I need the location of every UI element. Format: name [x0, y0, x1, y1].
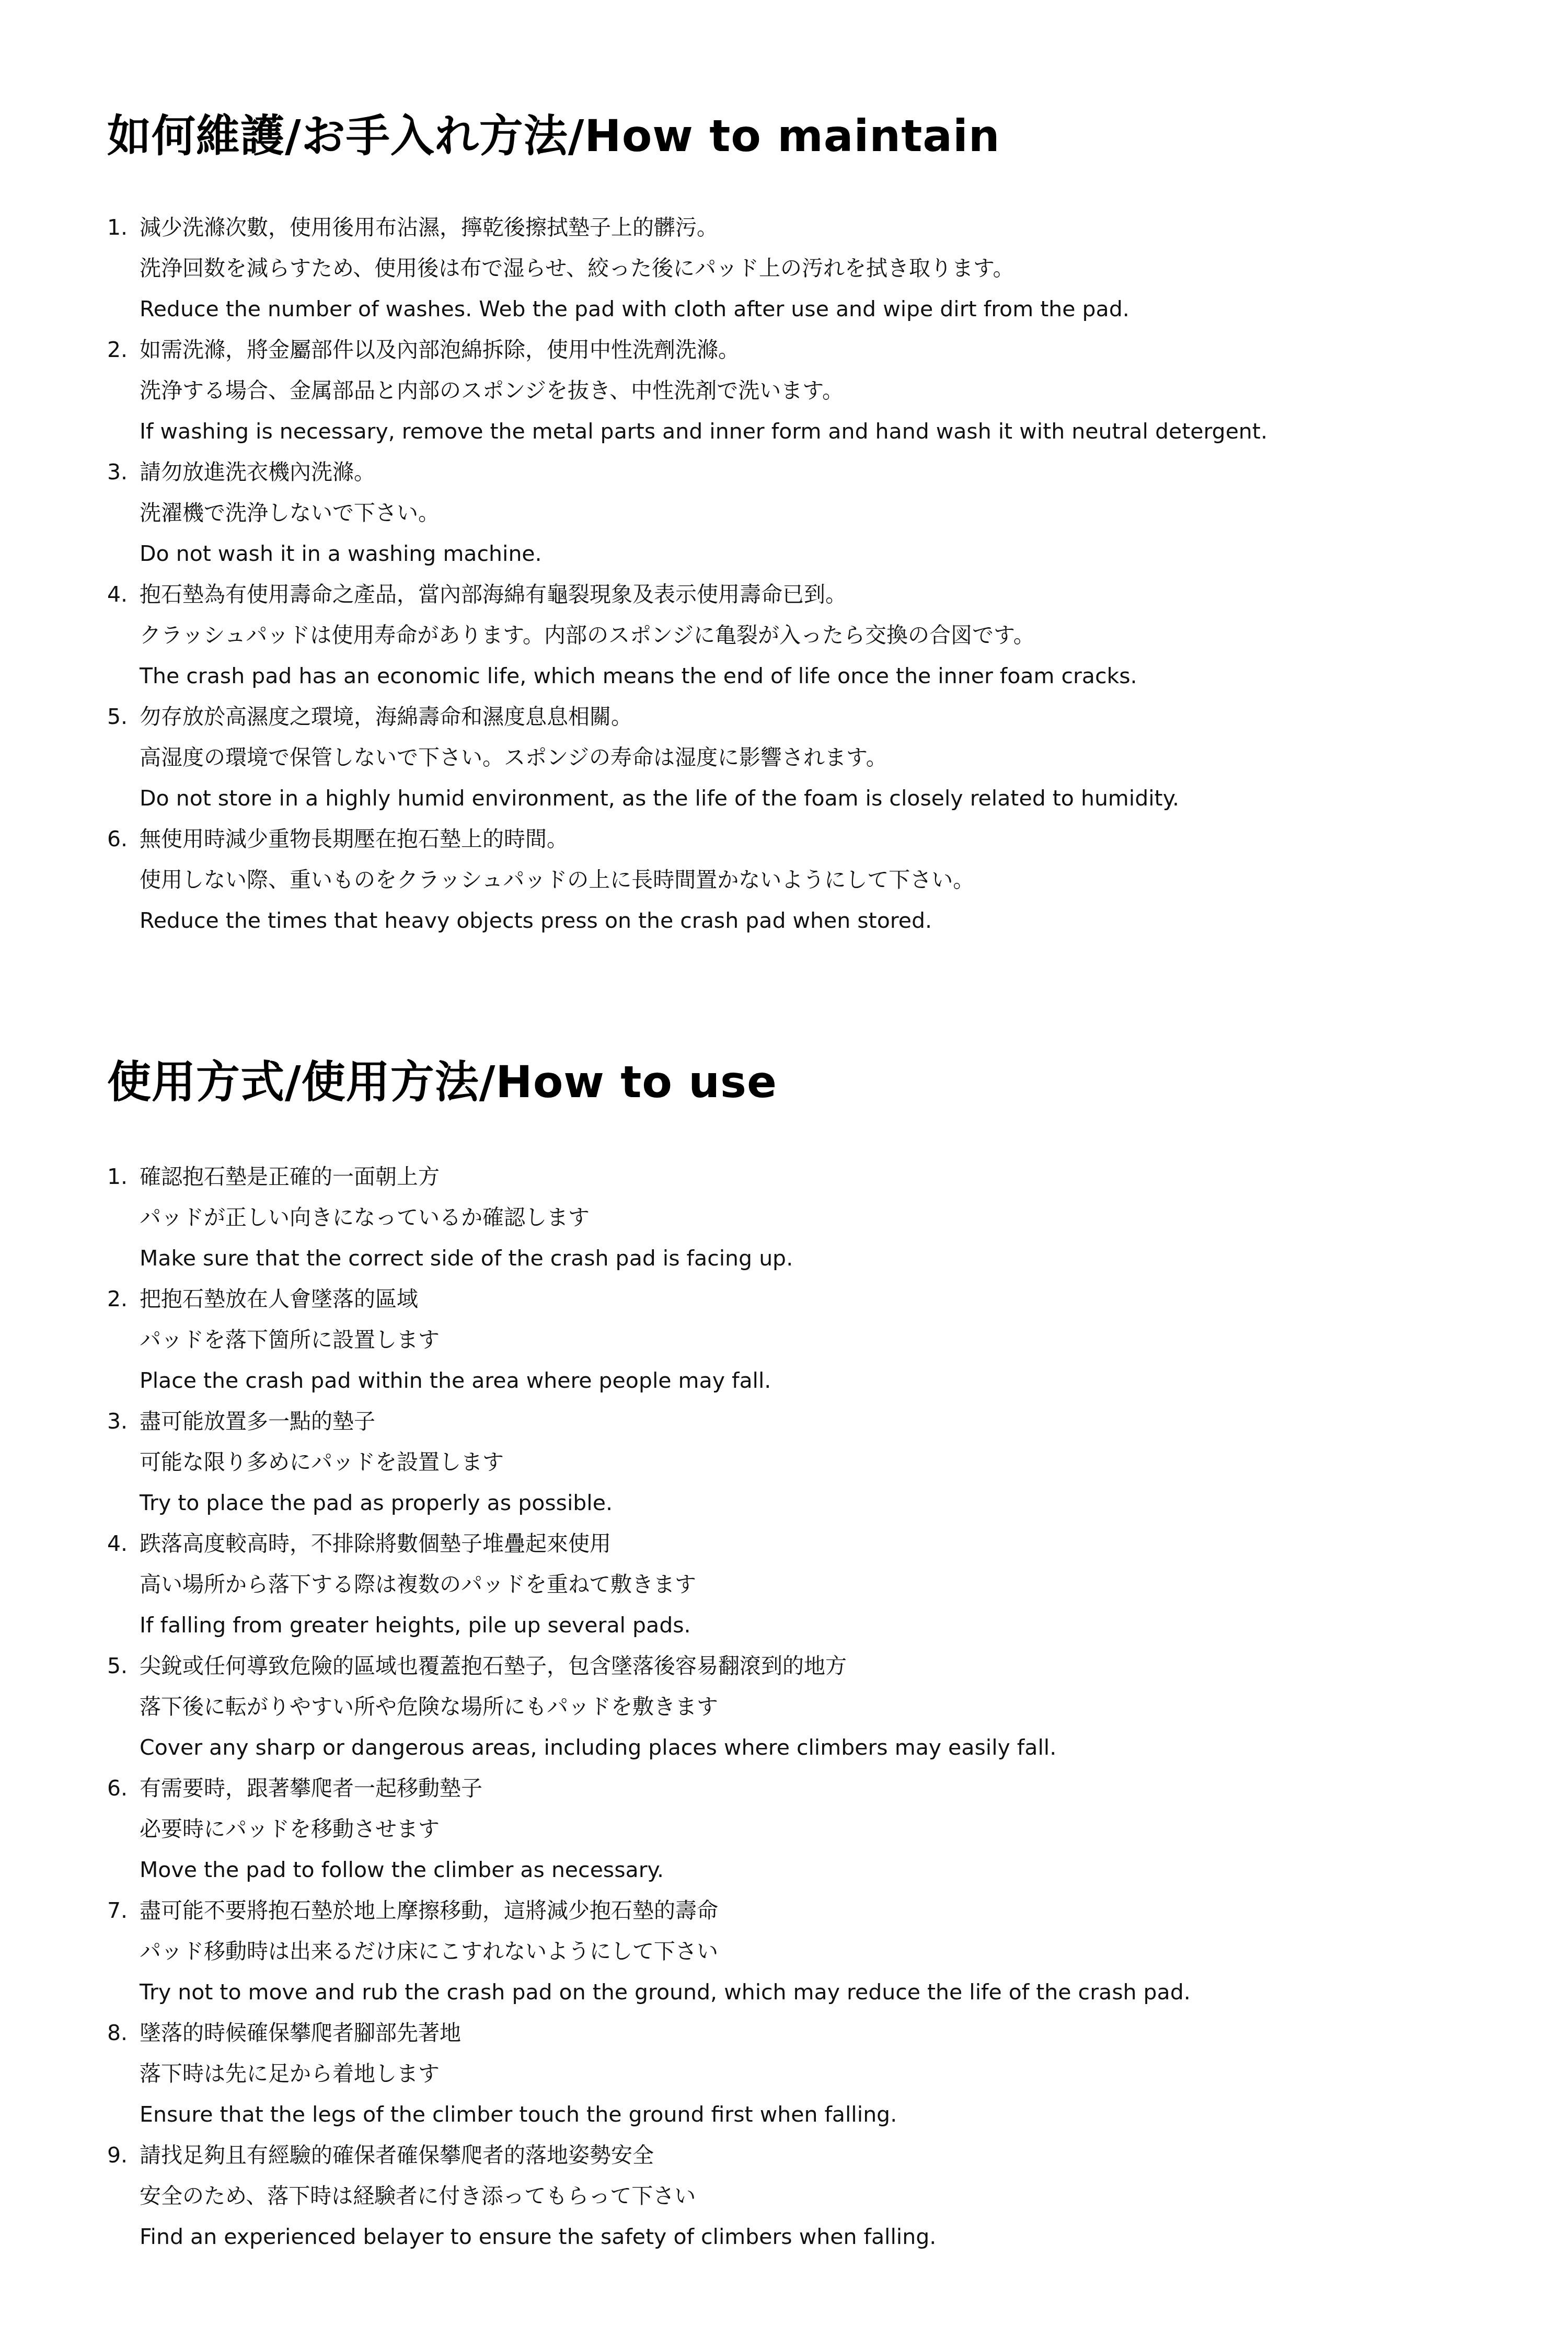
- step-text-chinese: 請勿放進洗衣機內洗滌。: [140, 452, 1518, 492]
- usage-step-2: 2. 把抱石墊放在人會墜落的區域 パッドを落下箇所に設置します Place th…: [107, 1279, 1518, 1401]
- step-number: 5.: [107, 1645, 139, 1686]
- step-text-chinese: 請找足夠且有經驗的確保者確保攀爬者的落地姿勢安全: [140, 2135, 1518, 2175]
- step-number: 1.: [107, 207, 139, 248]
- step-text-japanese: 安全のため、落下時は経験者に付き添ってもらって下さい: [140, 2175, 1518, 2216]
- step-number: 3.: [107, 452, 139, 492]
- maintenance-step-5: 5. 勿存放於高濕度之環境，海綿壽命和濕度息息相關。 高湿度の環境で保管しないで…: [107, 696, 1518, 819]
- step-number: 5.: [107, 696, 139, 737]
- step-text-chinese: 確認抱石墊是正確的一面朝上方: [140, 1156, 1518, 1197]
- step-text-chinese: 把抱石墊放在人會墜落的區域: [140, 1279, 1518, 1319]
- step-text-japanese: パッドを落下箇所に設置します: [140, 1319, 1518, 1360]
- usage-step-5: 5. 尖銳或任何導致危險的區域也覆蓋抱石墊子，包含墜落後容易翻滾到的地方 落下後…: [107, 1645, 1518, 1768]
- step-text-japanese: 洗浄回数を減らすため、使用後は布で湿らせ、絞った後にパッド上の汚れを拭き取ります…: [140, 248, 1518, 289]
- step-text-english: Place the crash pad within the area wher…: [140, 1360, 1518, 1401]
- step-text-english: Ensure that the legs of the climber touc…: [140, 2094, 1518, 2135]
- step-text-japanese: 高い場所から落下する際は複数のパッドを重ねて敷きます: [140, 1564, 1518, 1605]
- step-text-japanese: 落下時は先に足から着地します: [140, 2053, 1518, 2094]
- step-text-japanese: 必要時にパッドを移動させます: [140, 1809, 1518, 1849]
- usage-section: 使用方式/使用方法/How to use 1. 確認抱石墊是正確的一面朝上方 パ…: [107, 1056, 1518, 2257]
- step-number: 1.: [107, 1156, 139, 1197]
- step-text-japanese: 洗浄する場合、金属部品と内部のスポンジを抜き、中性洗剤で洗います。: [140, 370, 1518, 411]
- instruction-page: 如何維護/お手入れ方法/How to maintain 1. 減少洗滌次數，使用…: [0, 0, 1568, 2337]
- usage-step-3: 3. 盡可能放置多一點的墊子 可能な限り多めにパッドを設置します Try to …: [107, 1401, 1518, 1523]
- step-text-chinese: 有需要時，跟著攀爬者一起移動墊子: [140, 1768, 1518, 1809]
- step-text-chinese: 盡可能不要將抱石墊於地上摩擦移動，這將減少抱石墊的壽命: [140, 1890, 1518, 1931]
- step-text-english: Reduce the times that heavy objects pres…: [140, 900, 1518, 941]
- step-text-english: Try to place the pad as properly as poss…: [140, 1482, 1518, 1523]
- usage-step-6: 6. 有需要時，跟著攀爬者一起移動墊子 必要時にパッドを移動させます Move …: [107, 1768, 1518, 1890]
- usage-step-4: 4. 跌落高度較高時，不排除將數個墊子堆疊起來使用 高い場所から落下する際は複数…: [107, 1523, 1518, 1645]
- step-text-english: If washing is necessary, remove the meta…: [140, 411, 1518, 452]
- usage-step-8: 8. 墜落的時候確保攀爬者腳部先著地 落下時は先に足から着地します Ensure…: [107, 2012, 1518, 2135]
- step-text-japanese: パッドが正しい向きになっているか確認します: [140, 1197, 1518, 1238]
- step-text-english: Move the pad to follow the climber as ne…: [140, 1849, 1518, 1890]
- step-text-english: If falling from greater heights, pile up…: [140, 1605, 1518, 1645]
- usage-steps-list: 1. 確認抱石墊是正確的一面朝上方 パッドが正しい向きになっているか確認します …: [107, 1156, 1518, 2257]
- usage-step-9: 9. 請找足夠且有經驗的確保者確保攀爬者的落地姿勢安全 安全のため、落下時は経験…: [107, 2135, 1518, 2257]
- step-text-japanese: 可能な限り多めにパッドを設置します: [140, 1442, 1518, 1482]
- step-text-japanese: 使用しない際、重いものをクラッシュパッドの上に長時間置かないようにして下さい。: [140, 859, 1518, 900]
- maintenance-step-3: 3. 請勿放進洗衣機內洗滌。 洗濯機で洗浄しないで下さい。 Do not was…: [107, 452, 1518, 574]
- step-text-chinese: 如需洗滌，將金屬部件以及內部泡綿拆除，使用中性洗劑洗滌。: [140, 329, 1518, 370]
- step-text-english: Find an experienced belayer to ensure th…: [140, 2216, 1518, 2257]
- step-text-chinese: 尖銳或任何導致危險的區域也覆蓋抱石墊子，包含墜落後容易翻滾到的地方: [140, 1645, 1518, 1686]
- step-text-english: The crash pad has an economic life, whic…: [140, 655, 1518, 696]
- step-number: 8.: [107, 2012, 139, 2053]
- usage-heading: 使用方式/使用方法/How to use: [107, 1056, 1518, 1108]
- step-text-english: Make sure that the correct side of the c…: [140, 1238, 1518, 1279]
- step-text-chinese: 墜落的時候確保攀爬者腳部先著地: [140, 2012, 1518, 2053]
- maintenance-step-6: 6. 無使用時減少重物長期壓在抱石墊上的時間。 使用しない際、重いものをクラッシ…: [107, 819, 1518, 941]
- usage-step-7: 7. 盡可能不要將抱石墊於地上摩擦移動，這將減少抱石墊的壽命 パッド移動時は出来…: [107, 1890, 1518, 2012]
- step-number: 2.: [107, 1279, 139, 1319]
- step-text-chinese: 盡可能放置多一點的墊子: [140, 1401, 1518, 1442]
- step-number: 2.: [107, 329, 139, 370]
- step-text-chinese: 減少洗滌次數，使用後用布沾濕，擰乾後擦拭墊子上的髒污。: [140, 207, 1518, 248]
- step-number: 7.: [107, 1890, 139, 1931]
- usage-step-1: 1. 確認抱石墊是正確的一面朝上方 パッドが正しい向きになっているか確認します …: [107, 1156, 1518, 1279]
- step-text-japanese: クラッシュパッドは使用寿命があります。内部のスポンジに亀裂が入ったら交換の合図で…: [140, 615, 1518, 655]
- maintenance-steps-list: 1. 減少洗滌次數，使用後用布沾濕，擰乾後擦拭墊子上的髒污。 洗浄回数を減らすた…: [107, 207, 1518, 941]
- step-text-chinese: 跌落高度較高時，不排除將數個墊子堆疊起來使用: [140, 1523, 1518, 1564]
- step-text-chinese: 抱石墊為有使用壽命之產品，當內部海綿有龜裂現象及表示使用壽命已到。: [140, 574, 1518, 615]
- maintenance-section: 如何維護/お手入れ方法/How to maintain 1. 減少洗滌次數，使用…: [107, 110, 1518, 941]
- maintenance-step-4: 4. 抱石墊為有使用壽命之產品，當內部海綿有龜裂現象及表示使用壽命已到。 クラッ…: [107, 574, 1518, 696]
- step-text-english: Do not wash it in a washing machine.: [140, 533, 1518, 574]
- step-text-chinese: 無使用時減少重物長期壓在抱石墊上的時間。: [140, 819, 1518, 859]
- step-number: 3.: [107, 1401, 139, 1442]
- step-text-chinese: 勿存放於高濕度之環境，海綿壽命和濕度息息相關。: [140, 696, 1518, 737]
- step-number: 9.: [107, 2135, 139, 2175]
- step-number: 6.: [107, 819, 139, 859]
- step-number: 6.: [107, 1768, 139, 1809]
- step-number: 4.: [107, 574, 139, 615]
- step-text-japanese: 高湿度の環境で保管しないで下さい。スポンジの寿命は湿度に影響されます。: [140, 737, 1518, 778]
- step-number: 4.: [107, 1523, 139, 1564]
- step-text-english: Do not store in a highly humid environme…: [140, 778, 1518, 819]
- maintenance-heading: 如何維護/お手入れ方法/How to maintain: [107, 110, 1518, 162]
- step-text-japanese: 洗濯機で洗浄しないで下さい。: [140, 492, 1518, 533]
- step-text-english: Reduce the number of washes. Web the pad…: [140, 289, 1518, 329]
- step-text-english: Try not to move and rub the crash pad on…: [140, 1972, 1518, 2012]
- maintenance-step-2: 2. 如需洗滌，將金屬部件以及內部泡綿拆除，使用中性洗劑洗滌。 洗浄する場合、金…: [107, 329, 1518, 452]
- step-text-japanese: パッド移動時は出来るだけ床にこすれないようにして下さい: [140, 1931, 1518, 1972]
- step-text-english: Cover any sharp or dangerous areas, incl…: [140, 1727, 1518, 1768]
- maintenance-step-1: 1. 減少洗滌次數，使用後用布沾濕，擰乾後擦拭墊子上的髒污。 洗浄回数を減らすた…: [107, 207, 1518, 329]
- step-text-japanese: 落下後に転がりやすい所や危険な場所にもパッドを敷きます: [140, 1686, 1518, 1727]
